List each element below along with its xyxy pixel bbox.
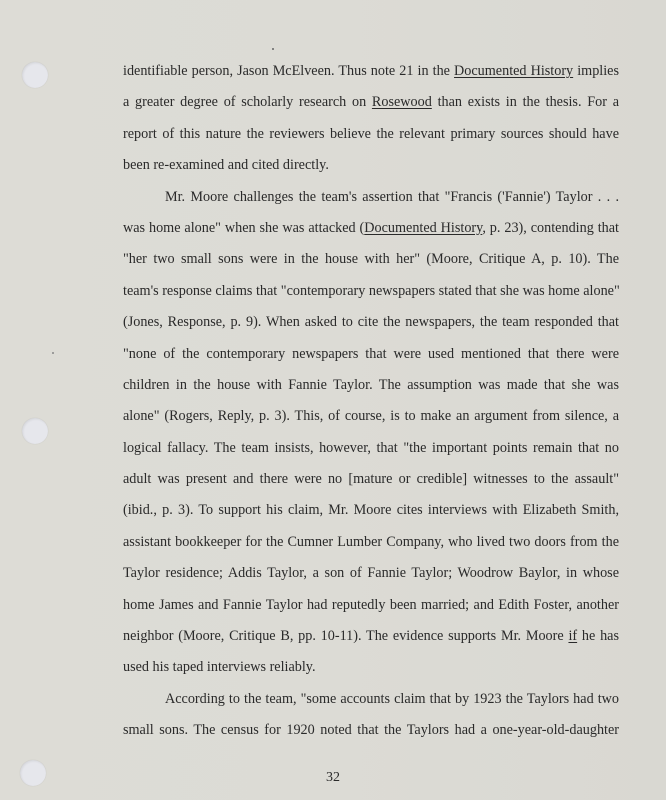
text-run: (Jones, Response, p. 9). When asked to c… xyxy=(123,314,619,330)
text-line: assistant bookkeeper for the Cumner Lumb… xyxy=(123,527,619,558)
punch-hole xyxy=(22,62,48,88)
text-line: home James and Fannie Taylor had reputed… xyxy=(123,590,619,621)
text-line: a greater degree of scholarly research o… xyxy=(123,87,619,118)
underlined-text: if xyxy=(568,628,577,644)
text-line: team's response claims that "contemporar… xyxy=(123,276,619,307)
text-line: (Jones, Response, p. 9). When asked to c… xyxy=(123,307,619,338)
text-line: Taylor residence; Addis Taylor, a son of… xyxy=(123,558,619,589)
scan-speck xyxy=(52,352,54,354)
text-line: identifiable person, Jason McElveen. Thu… xyxy=(123,56,619,87)
paragraph: Mr. Moore challenges the team's assertio… xyxy=(123,182,619,684)
text-run: adult was present and there were no [mat… xyxy=(123,471,619,487)
underlined-text: Documented History xyxy=(364,220,482,236)
text-line: "none of the contemporary newspapers tha… xyxy=(123,339,619,370)
text-line: neighbor (Moore, Critique B, pp. 10-11).… xyxy=(123,621,619,652)
text-run: According to the team, "some accounts cl… xyxy=(165,691,619,707)
text-line: been re-examined and cited directly. xyxy=(123,150,619,181)
text-run: was home alone" when she was attacked ( xyxy=(123,220,364,236)
punch-hole xyxy=(22,418,48,444)
text-line: logical fallacy. The team insists, howev… xyxy=(123,433,619,464)
text-run: alone" (Rogers, Reply, p. 3). This, of c… xyxy=(123,408,619,424)
text-line: report of this nature the reviewers beli… xyxy=(123,119,619,150)
text-run: , p. 23), contending that xyxy=(482,220,619,236)
text-run: implies xyxy=(573,63,619,79)
text-run: logical fallacy. The team insists, howev… xyxy=(123,440,619,456)
text-run: than exists in the thesis. For a xyxy=(432,94,619,110)
text-run: a greater degree of scholarly research o… xyxy=(123,94,372,110)
text-line: adult was present and there were no [mat… xyxy=(123,464,619,495)
text-line: According to the team, "some accounts cl… xyxy=(123,684,619,715)
text-line: alone" (Rogers, Reply, p. 3). This, of c… xyxy=(123,401,619,432)
text-run: assistant bookkeeper for the Cumner Lumb… xyxy=(123,534,619,550)
text-run: been re-examined and cited directly. xyxy=(123,157,329,173)
text-run: "her two small sons were in the house wi… xyxy=(123,251,619,267)
underlined-text: Rosewood xyxy=(372,94,432,110)
text-run: neighbor (Moore, Critique B, pp. 10-11).… xyxy=(123,628,568,644)
body-text: identifiable person, Jason McElveen. Thu… xyxy=(123,56,619,747)
text-run: "none of the contemporary newspapers tha… xyxy=(123,346,619,362)
text-run: Mr. Moore challenges the team's assertio… xyxy=(165,189,619,205)
text-line: "her two small sons were in the house wi… xyxy=(123,244,619,275)
paragraph: identifiable person, Jason McElveen. Thu… xyxy=(123,56,619,182)
text-run: Taylor residence; Addis Taylor, a son of… xyxy=(123,565,619,581)
paragraph: According to the team, "some accounts cl… xyxy=(123,684,619,747)
text-run: team's response claims that "contemporar… xyxy=(123,283,620,299)
text-run: he has xyxy=(577,628,619,644)
text-run: used his taped interviews reliably. xyxy=(123,659,316,675)
scan-speck xyxy=(272,48,274,50)
text-line: used his taped interviews reliably. xyxy=(123,652,619,683)
underlined-text: Documented History xyxy=(454,63,573,79)
text-line: Mr. Moore challenges the team's assertio… xyxy=(123,182,619,213)
text-run: (ibid., p. 3). To support his claim, Mr.… xyxy=(123,502,619,518)
text-run: small sons. The census for 1920 noted th… xyxy=(123,722,619,738)
text-line: children in the house with Fannie Taylor… xyxy=(123,370,619,401)
text-line: small sons. The census for 1920 noted th… xyxy=(123,715,619,746)
text-run: identifiable person, Jason McElveen. Thu… xyxy=(123,63,454,79)
text-line: was home alone" when she was attacked (D… xyxy=(123,213,619,244)
page-number: 32 xyxy=(0,770,666,786)
text-run: children in the house with Fannie Taylor… xyxy=(123,377,619,393)
text-line: (ibid., p. 3). To support his claim, Mr.… xyxy=(123,495,619,526)
text-run: report of this nature the reviewers beli… xyxy=(123,126,619,142)
text-run: home James and Fannie Taylor had reputed… xyxy=(123,597,619,613)
scanned-page: identifiable person, Jason McElveen. Thu… xyxy=(0,0,666,800)
